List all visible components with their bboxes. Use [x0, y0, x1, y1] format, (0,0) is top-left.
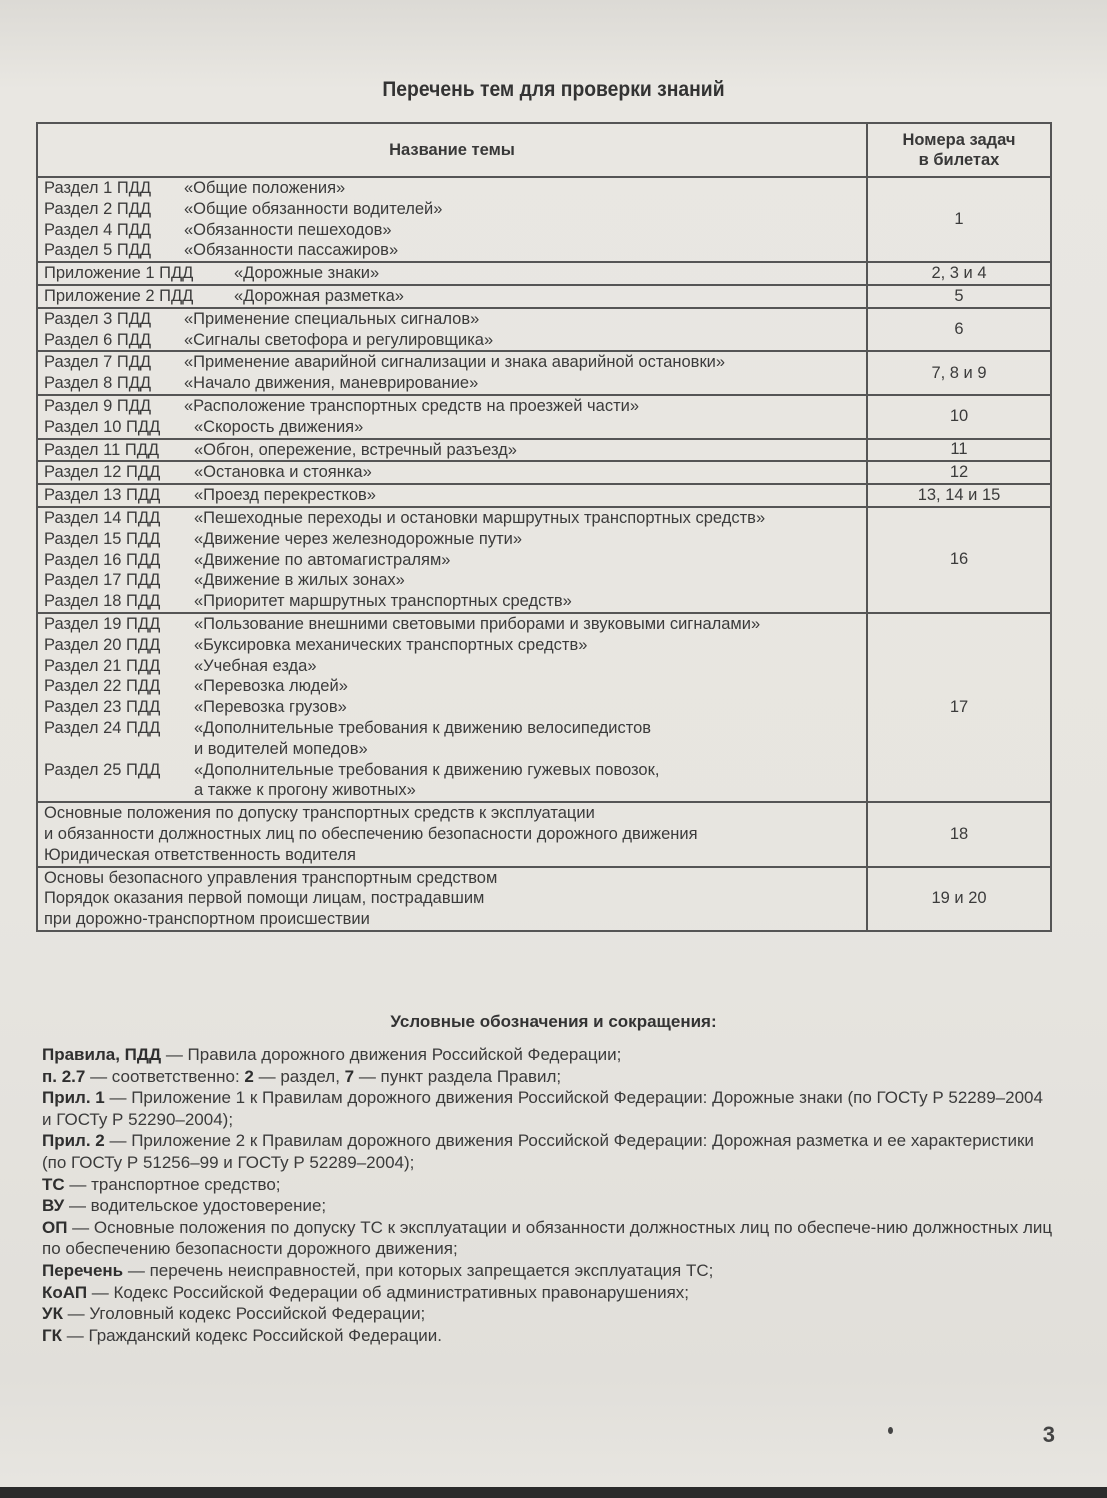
column-header-topic-name: Название темы [37, 123, 867, 177]
topic-title: «Движение по автомагистралям» [194, 551, 450, 569]
legend-entry: ОП — Основные положения по допуску ТС к … [42, 1217, 1057, 1260]
topic-line: Раздел 11 ПДД«Обгон, опережение, встречн… [44, 440, 860, 461]
topic-title: «Пользование внешними световыми приборам… [194, 615, 760, 633]
table-row: Основные положения по допуску транспортн… [37, 802, 1051, 866]
section-label: Приложение 2 ПДД [44, 286, 234, 307]
table-row: Раздел 7 ПДД«Применение аварийной сигнал… [37, 351, 1051, 395]
topic-title: Юридическая ответственность водителя [44, 846, 356, 864]
topic-title: «Проезд перекрестков» [194, 486, 376, 504]
section-label: Раздел 13 ПДД [44, 485, 194, 506]
table-row: Раздел 19 ПДД«Пользование внешними свето… [37, 613, 1051, 802]
header-line: в билетах [874, 150, 1044, 170]
abbreviation-definition: — Кодекс Российской Федерации об админис… [87, 1283, 689, 1302]
topic-title: «Обязанности пешеходов» [184, 221, 392, 239]
abbreviations-legend: Правила, ПДД — Правила дорожного движени… [42, 1044, 1057, 1346]
section-label: Раздел 4 ПДД [44, 220, 184, 241]
topic-line: Раздел 16 ПДД«Движение по автомагистраля… [44, 550, 860, 571]
table-row: Раздел 12 ПДД«Остановка и стоянка»12 [37, 461, 1051, 484]
topic-title: «Перевозка грузов» [194, 698, 347, 716]
topic-line: Раздел 21 ПДД«Учебная езда» [44, 656, 860, 677]
topic-name-cell: Раздел 9 ПДД«Расположение транспортных с… [37, 395, 867, 439]
abbreviation-term: Прил. 2 [42, 1131, 105, 1150]
topic-name-cell: Основные положения по допуску транспортн… [37, 802, 867, 866]
table-row: Раздел 14 ПДД«Пешеходные переходы и оста… [37, 507, 1051, 613]
table-row: Раздел 13 ПДД«Проезд перекрестков»13, 14… [37, 484, 1051, 507]
section-label: Раздел 10 ПДД [44, 417, 194, 438]
page-title: Перечень тем для проверки знаний [44, 78, 1062, 102]
abbreviation-term: ТС [42, 1175, 65, 1194]
task-numbers-cell: 13, 14 и 15 [867, 484, 1051, 507]
topic-title: «Дополнительные требования к движению гу… [194, 761, 659, 779]
topic-line: Раздел 10 ПДД«Скорость движения» [44, 417, 860, 438]
task-numbers-cell: 10 [867, 395, 1051, 439]
task-numbers-cell: 6 [867, 308, 1051, 352]
topic-line: Раздел 22 ПДД«Перевозка людей» [44, 676, 860, 697]
section-label: Раздел 3 ПДД [44, 309, 184, 330]
table-row: Приложение 2 ПДД«Дорожная разметка»5 [37, 285, 1051, 308]
legend-entry: Правила, ПДД — Правила дорожного движени… [42, 1044, 1057, 1066]
topic-title: «Дорожные знаки» [234, 264, 379, 282]
topic-line: Раздел 17 ПДД«Движение в жилых зонах» [44, 570, 860, 591]
section-label: Раздел 16 ПДД [44, 550, 194, 571]
topic-title: «Буксировка механических транспортных ср… [194, 636, 587, 654]
section-label: Раздел 11 ПДД [44, 440, 194, 461]
topic-title: а также к прогону животных» [194, 781, 416, 799]
topic-name-cell: Раздел 14 ПДД«Пешеходные переходы и оста… [37, 507, 867, 613]
abbreviation-term: 2 [244, 1067, 253, 1086]
topic-name-cell: Раздел 13 ПДД«Проезд перекрестков» [37, 484, 867, 507]
topic-title: «Расположение транспортных средств на пр… [184, 397, 639, 415]
section-label: Раздел 20 ПДД [44, 635, 194, 656]
abbreviation-term: Правила, ПДД [42, 1045, 161, 1064]
section-label: Раздел 25 ПДД [44, 760, 194, 781]
topic-line: Раздел 7 ПДД«Применение аварийной сигнал… [44, 352, 860, 373]
topic-line: Раздел 15 ПДД«Движение через железнодоро… [44, 529, 860, 550]
topic-title: «Движение в жилых зонах» [194, 571, 405, 589]
topic-line: и водителей мопедов» [44, 739, 860, 760]
abbreviation-definition: — транспортное средство; [65, 1175, 281, 1194]
legend-entry: УК — Уголовный кодекс Российской Федерац… [42, 1303, 1057, 1325]
legend-entry: Перечень — перечень неисправностей, при … [42, 1260, 1057, 1282]
legend-title: Условные обозначения и сокращения: [0, 1012, 1107, 1032]
table-row: Основы безопасного управления транспортн… [37, 867, 1051, 931]
section-label: Раздел 7 ПДД [44, 352, 184, 373]
abbreviation-term: п. 2.7 [42, 1067, 85, 1086]
topic-line: Раздел 5 ПДД«Обязанности пассажиров» [44, 240, 860, 261]
column-header-task-numbers: Номера задач в билетах [867, 123, 1051, 177]
topic-line: Порядок оказания первой помощи лицам, по… [44, 888, 860, 909]
topic-name-cell: Раздел 1 ПДД«Общие положения»Раздел 2 ПД… [37, 177, 867, 262]
section-label: Раздел 23 ПДД [44, 697, 194, 718]
section-label: Раздел 15 ПДД [44, 529, 194, 550]
topic-name-cell: Раздел 12 ПДД«Остановка и стоянка» [37, 461, 867, 484]
table-body: Раздел 1 ПДД«Общие положения»Раздел 2 ПД… [37, 177, 1051, 931]
abbreviation-definition: — Уголовный кодекс Российской Федерации; [63, 1304, 425, 1323]
topic-title: Основы безопасного управления транспортн… [44, 869, 497, 887]
abbreviation-definition: — соответственно: [85, 1067, 244, 1086]
topic-title: «Обгон, опережение, встречный разъезд» [194, 441, 517, 459]
topic-line: Основы безопасного управления транспортн… [44, 868, 860, 889]
topic-title: и водителей мопедов» [194, 740, 368, 758]
abbreviation-definition: — Гражданский кодекс Российской Федераци… [62, 1326, 442, 1345]
abbreviation-definition: — Основные положения по допуску ТС к экс… [42, 1218, 1052, 1259]
topic-name-cell: Раздел 7 ПДД«Применение аварийной сигнал… [37, 351, 867, 395]
topic-name-cell: Раздел 19 ПДД«Пользование внешними свето… [37, 613, 867, 802]
topic-title: «Общие обязанности водителей» [184, 200, 442, 218]
topic-title: «Дорожная разметка» [234, 287, 404, 305]
topic-title: «Скорость движения» [194, 418, 363, 436]
task-numbers-cell: 12 [867, 461, 1051, 484]
abbreviation-definition: — Правила дорожного движения Российской … [161, 1045, 621, 1064]
task-numbers-cell: 19 и 20 [867, 867, 1051, 931]
topic-line: Приложение 2 ПДД«Дорожная разметка» [44, 286, 860, 307]
topic-name-cell: Раздел 11 ПДД«Обгон, опережение, встречн… [37, 439, 867, 462]
abbreviation-term: Перечень [42, 1261, 123, 1280]
table-row: Приложение 1 ПДД«Дорожные знаки»2, 3 и 4 [37, 262, 1051, 285]
task-numbers-cell: 1 [867, 177, 1051, 262]
topic-title: «Применение специальных сигналов» [184, 310, 479, 328]
topic-title: «Общие положения» [184, 179, 345, 197]
topic-line: а также к прогону животных» [44, 780, 860, 801]
topic-line: Приложение 1 ПДД«Дорожные знаки» [44, 263, 860, 284]
topics-table: Название темы Номера задач в билетах Раз… [36, 122, 1052, 932]
topic-title: «Сигналы светофора и регулировщика» [184, 331, 493, 349]
task-numbers-cell: 18 [867, 802, 1051, 866]
abbreviation-term: ОП [42, 1218, 67, 1237]
topic-title: «Учебная езда» [194, 657, 317, 675]
abbreviation-term: УК [42, 1304, 63, 1323]
topic-line: Раздел 12 ПДД«Остановка и стоянка» [44, 462, 860, 483]
task-numbers-cell: 11 [867, 439, 1051, 462]
table-row: Раздел 1 ПДД«Общие положения»Раздел 2 ПД… [37, 177, 1051, 262]
abbreviation-definition: — перечень неисправностей, при которых з… [123, 1261, 713, 1280]
abbreviation-definition: — пункт раздела Правил; [354, 1067, 561, 1086]
topic-line: Раздел 4 ПДД«Обязанности пешеходов» [44, 220, 860, 241]
page-number: 3 [1043, 1422, 1055, 1448]
topic-title: «Приоритет маршрутных транспортных средс… [194, 592, 572, 610]
topic-line: Раздел 14 ПДД«Пешеходные переходы и оста… [44, 508, 860, 529]
section-label: Раздел 5 ПДД [44, 240, 184, 261]
topic-title: «Пешеходные переходы и остановки маршрут… [194, 509, 765, 527]
abbreviation-term: Прил. 1 [42, 1088, 105, 1107]
task-numbers-cell: 7, 8 и 9 [867, 351, 1051, 395]
abbreviation-term: ВУ [42, 1196, 64, 1215]
table-row: Раздел 11 ПДД«Обгон, опережение, встречн… [37, 439, 1051, 462]
topic-line: Раздел 24 ПДД«Дополнительные требования … [44, 718, 860, 739]
topic-line: Раздел 25 ПДД«Дополнительные требования … [44, 760, 860, 781]
section-label: Раздел 1 ПДД [44, 178, 184, 199]
print-speck [888, 1427, 893, 1434]
topic-line: при дорожно-транспортном происшествии [44, 909, 860, 930]
topic-title: и обязанности должностных лиц по обеспеч… [44, 825, 698, 843]
topic-title: «Перевозка людей» [194, 677, 348, 695]
section-label: Раздел 19 ПДД [44, 614, 194, 635]
header-line: Номера задач [874, 130, 1044, 150]
section-label: Раздел 17 ПДД [44, 570, 194, 591]
section-label: Раздел 22 ПДД [44, 676, 194, 697]
topic-title: «Остановка и стоянка» [194, 463, 372, 481]
topic-name-cell: Приложение 1 ПДД«Дорожные знаки» [37, 262, 867, 285]
topic-line: Раздел 13 ПДД«Проезд перекрестков» [44, 485, 860, 506]
section-label: Раздел 8 ПДД [44, 373, 184, 394]
scan-edge [0, 1487, 1107, 1498]
section-label: Раздел 21 ПДД [44, 656, 194, 677]
topic-title: «Начало движения, маневрирование» [184, 374, 478, 392]
legend-entry: ГК — Гражданский кодекс Российской Федер… [42, 1325, 1057, 1347]
topic-line: Раздел 18 ПДД«Приоритет маршрутных транс… [44, 591, 860, 612]
legend-entry: ВУ — водительское удостоверение; [42, 1195, 1057, 1217]
topic-title: «Применение аварийной сигнализации и зна… [184, 353, 725, 371]
topic-name-cell: Раздел 3 ПДД«Применение специальных сигн… [37, 308, 867, 352]
section-label: Приложение 1 ПДД [44, 263, 234, 284]
legend-entry: п. 2.7 — соответственно: 2 — раздел, 7 —… [42, 1066, 1057, 1088]
topic-line: Раздел 20 ПДД«Буксировка механических тр… [44, 635, 860, 656]
topic-line: Раздел 1 ПДД«Общие положения» [44, 178, 860, 199]
section-label: Раздел 24 ПДД [44, 718, 194, 739]
topic-line: и обязанности должностных лиц по обеспеч… [44, 824, 860, 845]
topic-line: Юридическая ответственность водителя [44, 845, 860, 866]
task-numbers-cell: 5 [867, 285, 1051, 308]
section-label: Раздел 9 ПДД [44, 396, 184, 417]
topic-title: при дорожно-транспортном происшествии [44, 910, 370, 928]
topic-name-cell: Основы безопасного управления транспортн… [37, 867, 867, 931]
legend-entry: Прил. 2 — Приложение 2 к Правилам дорожн… [42, 1130, 1057, 1173]
section-label: Раздел 2 ПДД [44, 199, 184, 220]
topic-title: Порядок оказания первой помощи лицам, по… [44, 889, 484, 907]
section-label: Раздел 6 ПДД [44, 330, 184, 351]
topic-line: Раздел 9 ПДД«Расположение транспортных с… [44, 396, 860, 417]
topic-line: Раздел 19 ПДД«Пользование внешними свето… [44, 614, 860, 635]
section-label: Раздел 14 ПДД [44, 508, 194, 529]
topic-title: «Движение через железнодорожные пути» [194, 530, 522, 548]
abbreviation-term: ГК [42, 1326, 62, 1345]
legend-entry: ТС — транспортное средство; [42, 1174, 1057, 1196]
abbreviation-term: КоАП [42, 1283, 87, 1302]
abbreviation-term: 7 [345, 1067, 354, 1086]
topic-line: Раздел 3 ПДД«Применение специальных сигн… [44, 309, 860, 330]
topic-title: «Дополнительные требования к движению ве… [194, 719, 651, 737]
topic-title: Основные положения по допуску транспортн… [44, 804, 595, 822]
topic-name-cell: Приложение 2 ПДД«Дорожная разметка» [37, 285, 867, 308]
task-numbers-cell: 17 [867, 613, 1051, 802]
legend-entry: КоАП — Кодекс Российской Федерации об ад… [42, 1282, 1057, 1304]
table-row: Раздел 3 ПДД«Применение специальных сигн… [37, 308, 1051, 352]
abbreviation-definition: — Приложение 1 к Правилам дорожного движ… [42, 1088, 1043, 1129]
topic-line: Основные положения по допуску транспортн… [44, 803, 860, 824]
topic-line: Раздел 6 ПДД«Сигналы светофора и регулир… [44, 330, 860, 351]
topic-line: Раздел 2 ПДД«Общие обязанности водителей… [44, 199, 860, 220]
table-header-row: Название темы Номера задач в билетах [37, 123, 1051, 177]
abbreviation-definition: — водительское удостоверение; [64, 1196, 326, 1215]
topic-line: Раздел 8 ПДД«Начало движения, маневриров… [44, 373, 860, 394]
topic-line: Раздел 23 ПДД«Перевозка грузов» [44, 697, 860, 718]
task-numbers-cell: 2, 3 и 4 [867, 262, 1051, 285]
legend-entry: Прил. 1 — Приложение 1 к Правилам дорожн… [42, 1087, 1057, 1130]
section-label: Раздел 18 ПДД [44, 591, 194, 612]
task-numbers-cell: 16 [867, 507, 1051, 613]
section-label: Раздел 12 ПДД [44, 462, 194, 483]
table-row: Раздел 9 ПДД«Расположение транспортных с… [37, 395, 1051, 439]
abbreviation-definition: — раздел, [254, 1067, 345, 1086]
topic-title: «Обязанности пассажиров» [184, 241, 398, 259]
abbreviation-definition: — Приложение 2 к Правилам дорожного движ… [42, 1131, 1034, 1172]
